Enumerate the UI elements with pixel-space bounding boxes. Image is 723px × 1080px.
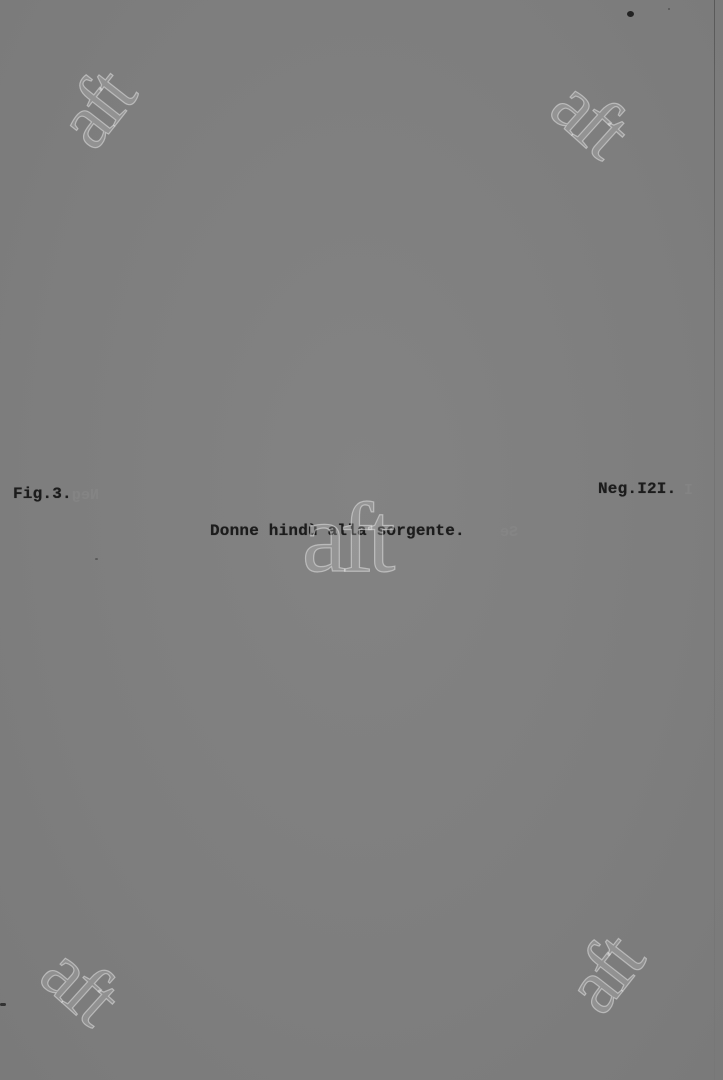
watermark-bottom-left: aft: [28, 932, 132, 1037]
negative-number: Neg.I2I.: [598, 480, 676, 498]
watermark-center: aft: [302, 488, 389, 588]
ink-speck: [668, 8, 670, 10]
ink-speck: [0, 1003, 6, 1006]
figure-number: Fig.3.: [13, 485, 72, 503]
bleed-through-text: I: [684, 482, 693, 499]
ink-speck: [627, 11, 634, 17]
watermark-top-left: aft: [43, 57, 148, 160]
watermark-bottom-right: aft: [551, 922, 656, 1025]
ink-speck: [95, 558, 98, 560]
bleed-through-text: Neg: [72, 487, 99, 504]
watermark-top-right: aft: [538, 65, 642, 170]
document-page: aft aft aft aft Neg Se I Fig.3. Neg.I2I.…: [0, 0, 723, 1080]
scan-edge-line: [714, 0, 715, 1080]
bleed-through-text: Se: [500, 524, 518, 541]
